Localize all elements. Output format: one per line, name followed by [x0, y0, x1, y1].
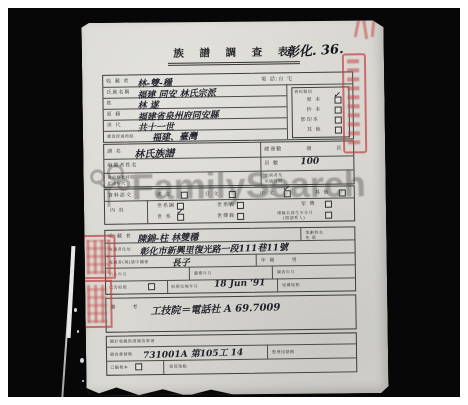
option-mandarin: 中 文: [260, 190, 275, 196]
section-remarks: 備 考 工技院＝電話社 A 69.7009: [105, 294, 356, 333]
field-label-phone: 電 話:自 宅: [261, 76, 293, 82]
dust-speck: [71, 270, 73, 273]
checkmark: ✓: [282, 184, 291, 195]
field-label-clan-name: 氏族名稱: [106, 89, 130, 95]
divider: [256, 254, 257, 266]
checkbox-biography-record: [237, 213, 244, 220]
checkbox-other-language: [339, 189, 346, 196]
section-office-use: 關於收藏族譜調查事項 調查書號碼 731001A 第105工 14 整理用號碼 …: [106, 332, 358, 376]
field-label-revision-time: 最新修纂時間: [108, 174, 135, 179]
field-label-age: 年 歲: [261, 257, 276, 263]
field-label-storage-place: 收藏地點: [282, 282, 300, 287]
checkmark: ✓: [333, 90, 342, 101]
field-label-contents: 內 容: [110, 208, 125, 214]
field-label-keep-location: 保管地點: [169, 364, 187, 369]
option-lineage: 世 系: [157, 214, 172, 220]
checkbox-other: [335, 126, 342, 133]
divider: [300, 228, 301, 240]
checkbox-family-biography: [325, 201, 332, 208]
option-chinese-script: 漢 文: [157, 192, 172, 198]
option-pedigree-table: 世系表: [217, 202, 235, 208]
field-label-publish-date: 出版日期: [265, 178, 283, 183]
section-content-type: 資料語文 漢 文 日 文 中 文 ✓ 其 他 內 容 世系圖 世系表 家 傳 世…: [104, 185, 355, 225]
dust-speck: [82, 380, 84, 382]
divider: [277, 278, 278, 291]
field-label-language: 資料語文: [108, 192, 132, 198]
option-manuscript: 抄 本: [307, 107, 322, 113]
divider: [267, 345, 268, 359]
section-clan-info: 收 藏 者 林-雙-穩 電 話:自 宅 氏族名稱 福建 同安 林氏宗派 姓 林 …: [102, 71, 354, 142]
option-biography-record: 世傳錄: [217, 213, 235, 219]
field-label-survey-date: 調查年月: [277, 269, 295, 274]
handwritten-migration: 福建、臺灣: [152, 129, 197, 143]
divider: [260, 143, 262, 185]
checkbox-photocopy: [335, 117, 342, 124]
section-holder-info: 收 藏 者 陳錦-柱 林雙穩 筆劃姓名 免 填 收藏者住址 彰化市新興里復光路一…: [104, 226, 356, 294]
section-book-info: 譜 名 林氏族譜 總冊數 冊 頁 編纂者姓名 頁 數 100 最新修纂時間 記述…: [103, 140, 355, 188]
divider: [167, 280, 168, 293]
note-line2: 免 填: [305, 235, 316, 240]
checkbox-names-dates-only: [325, 212, 332, 219]
field-label-survey-number: 調查書號碼: [110, 351, 133, 356]
seal-characters: [347, 59, 360, 145]
option-japanese: 日 文: [205, 191, 220, 197]
handwritten-relationship: 長子: [172, 255, 190, 269]
handwritten-locality-number: 彰化. 36.: [285, 38, 344, 61]
handwritten-page-count: 100: [300, 157, 319, 168]
genealogy-survey-form: 族 譜 調 查 表 彰化. 36. FamilySearch: [81, 19, 388, 397]
option-family-biography: 家 傳: [301, 201, 316, 207]
field-label-compiler: 編纂者姓名: [107, 162, 137, 168]
checkbox-japanese: [229, 191, 236, 198]
divider: [189, 267, 190, 280]
field-label-generations: 世 代: [107, 123, 122, 129]
field-label-pages: 頁 數: [264, 160, 279, 166]
office-use-header: 關於收藏族譜調查事項: [110, 338, 155, 344]
checkbox-lineage: ✓: [177, 214, 184, 221]
option-original: 原 本: [306, 97, 321, 103]
option-pedigree-chart: 世系圖: [157, 203, 175, 209]
divider: [272, 265, 273, 278]
seal-characters: [86, 240, 110, 274]
handwritten-remarks: 工技院＝電話社 A 69.7009: [150, 298, 280, 317]
dust-speck: [74, 308, 77, 312]
field-label-filing-number: 整理用號碼: [272, 349, 295, 354]
field-label-record-era: 記述年代: [108, 181, 126, 186]
dust-speck: [77, 330, 79, 333]
red-seal-left-lower: [82, 280, 113, 328]
checkbox-pedigree-table: [237, 202, 244, 209]
scan-background: 族 譜 調 查 表 彰化. 36. FamilySearch: [8, 8, 460, 397]
field-label-holder: 收 藏 者: [106, 78, 129, 84]
material-category-box: 資料類別 原 本 ✓ 抄 本 影印本 其 他: [291, 86, 350, 138]
category-box-title: 資料類別: [294, 89, 312, 94]
field-label-origin: 原 籍: [107, 112, 122, 118]
option-names-dates-only-note: (限譜系人): [283, 215, 305, 220]
field-label-photo-complete-date: 拍照完竣年月: [171, 284, 198, 289]
checkbox-duplicate: [135, 363, 142, 370]
form-title: 族 譜 調 查 表: [168, 44, 300, 66]
dust-speck: [80, 358, 84, 363]
unit-page: 頁: [336, 145, 342, 151]
divider: [104, 169, 353, 173]
field-label-book-title: 譜 名: [107, 149, 122, 155]
option-other: 其 他: [307, 127, 322, 133]
field-label-duplicate: 已攝複本: [110, 365, 128, 370]
divider: [106, 264, 355, 268]
seal-characters: [87, 285, 108, 323]
handwritten-book-title: 林氏族譜: [134, 144, 174, 160]
option-other-language: 其 他: [315, 190, 330, 196]
field-label-migration: 遷徙經過地點: [107, 133, 134, 138]
checkbox-mandarin: ✓: [284, 190, 291, 197]
red-seal-right-edge: [342, 53, 367, 153]
divider: [147, 200, 148, 223]
field-label-move-date: 遷臺年月: [194, 270, 212, 275]
handwritten-photo-date: 18 Jun '91: [214, 278, 266, 290]
divider: [286, 84, 288, 139]
red-mark-top-right: [353, 15, 379, 47]
unit-volume: 冊: [306, 146, 312, 152]
red-seal-left-upper: [81, 235, 116, 279]
field-label-total-volumes: 總冊數: [264, 146, 282, 152]
checkbox-photographed: [148, 283, 155, 290]
field-label-surname: 姓: [106, 101, 112, 107]
field-label-publisher: 出版者及: [265, 172, 283, 177]
checkbox-manuscript: [335, 107, 342, 114]
field-label-remarks: 備 考: [110, 304, 143, 310]
divider: [163, 360, 164, 374]
torn-paper-edge: [84, 381, 244, 397]
option-photocopy: 影印本: [301, 117, 319, 123]
checkbox-chinese-script: [181, 192, 188, 199]
checkbox-original: ✓: [334, 97, 341, 104]
field-value-sex: 男: [292, 257, 298, 263]
checkmark: ✓: [175, 207, 184, 218]
